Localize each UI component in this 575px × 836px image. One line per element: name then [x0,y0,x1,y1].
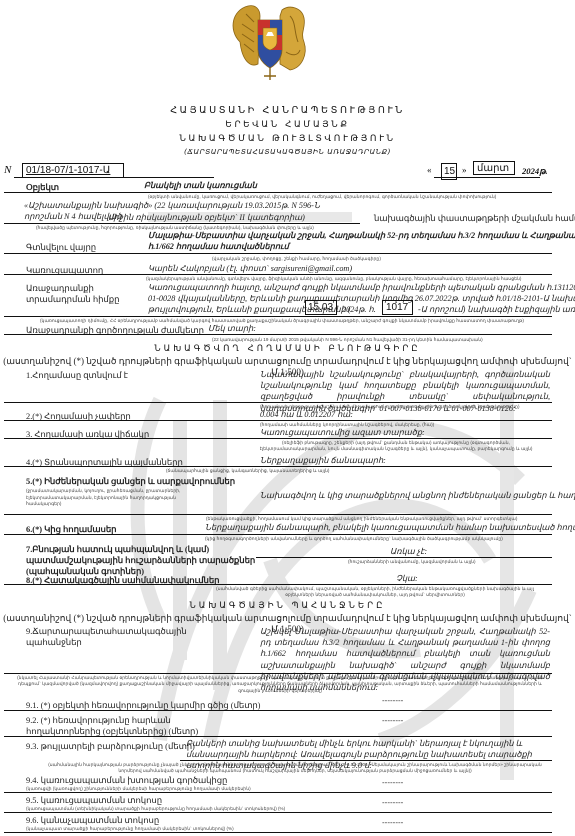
validity-value: Մեկ տարի: [208,323,256,334]
item6-label: 6.(*) Կից հողամասեր [26,524,116,534]
section-design-requirements-title: ՆԱԽԱԳԾԱՅԻՆ ՊԱՀԱՆՋՆԵՐԸ [0,601,575,611]
location-hint: (վարչական շրջանը, փողոցը, շենքի համարը, … [212,256,381,262]
item4-value: Ներքաղաքային ճանապարհ: [260,455,386,466]
item9-6-label: 9.6. կանաչապատման տոկոսը [26,815,159,825]
item7-hint: (հուշարձանների անվանումը, կազմավորման և … [348,559,476,565]
item7-value: Առկա չէ: [390,546,427,557]
item2-value: 0.004 հա և 0.012207 հա: [260,409,353,420]
item4-hint: (ճանապարհային ցանցից, կանգառներից, կայան… [166,468,329,474]
item9-2-value: -------- [382,716,403,725]
date-month-field[interactable]: մարտ [473,161,515,175]
item6-hint: (կից հողօգտագործողների անվանումները և գո… [205,536,503,542]
armenian-coat-of-arms-icon [220,2,320,82]
permit-document: ՀԱՅԱՍՏԱՆԻ ՀԱՆՐԱՊԵՏՈՒԹՅՈՒՆ ԵՐԵՎԱՆ ՀԱՄԱՅՆՔ… [0,0,575,836]
item9-4-value: -------- [382,778,403,787]
object-value: Բնակելի տան կառուցման [144,180,257,191]
item8-value: Չկա: [396,573,418,584]
basis-value-line3-mid: 2024թ. հ. [342,304,376,315]
date-close-quote: » [462,165,467,175]
location-label: Գտնվելու վայրը [26,242,96,252]
date-open-quote: « [427,165,432,175]
item9-hint: (նկատել Հայաստանի Հանրապետության օրենսդր… [10,675,550,694]
item5-label: 5.(*) Ինժեներական ցանցեր և սարքավորումնե… [26,476,235,486]
program-suffix: նախագծային փաստաթղթերի մշակման համար [374,213,575,223]
basis-value-line2: 01-0028 վկայականները, Երևանի քաղաքապետար… [148,293,558,304]
item9-3-hint: (սահմանային հարկայնության բարձրությունը … [40,762,550,775]
item9-label-line2: պահանջներ [26,637,82,648]
section-land-characteristics-title: ՆԱԽԱԳԾՎՈՂ ՀՈՂԱՄԱՍԻ ԲՆՈՒԹԱԳԻՐԸ [0,344,575,354]
basis-value-line3-end: -Ա որոշում) նախագծի էսքիզային առաջարկ: [418,304,575,315]
item3-value: Կառուցապատումից ազատ տարածք: [260,427,425,438]
document-type-heading: ՆԱԽԱԳԾՄԱՆ ԹՈՒՅԼՏՎՈՒԹՅՈՒՆ [0,134,575,144]
validity-hint: (22 կառավարության 19 մարտի 2015 թվականի … [212,337,483,343]
customer-value: Կարեն Հակոբյան (էլ. փոստ` sargisureni@gm… [148,263,352,274]
resolution-number-field[interactable]: 1017 [382,300,413,315]
basis-label-line2: տրամադրման հիմքը [26,294,119,305]
item9-1-label: 9.1. (*) օբյեկտի հեռավորությունը կարմիր … [26,700,260,710]
item9-1-value: -------- [382,696,403,705]
item9-4-label: 9.4. կառուցապատման խտության գործակիցը [26,775,227,785]
item9-label-line1: 9.Ճարտարապետահատակագծային [26,626,187,637]
item9-5-label: 9.5. կառուցապատման տոկոսը [26,795,162,805]
item5-sublabel: (ջրամատակարարման, կոյուղու, ջրահեռացման,… [26,488,206,508]
date-year: 2024թ. [522,166,548,177]
item8-hint: (սահմանված գծերից սահմանափակում, պաշտպան… [210,586,540,598]
country-heading: ՀԱՅԱՍՏԱՆԻ ՀԱՆՐԱՊԵՏՈՒԹՅՈՒՆ [0,105,575,116]
item7-label: 7.Բնության հատուկ պահպանվող և (կամ) պատմ… [26,544,256,577]
document-subtype-heading: (ՃԱՐՏԱՐԱՊԵՏԱՀԱՏԱԿԱԳԾԱՅԻՆ ԱՌԱՋԱԴՐԱՆՔ) [0,147,575,156]
item5-value: Նախագծվող և կից տարածքներով անցնող ինժեն… [260,490,560,501]
location-value-line2: հ.1/662 հողամաս հատվածներում [148,241,289,252]
number-prefix: N [4,164,11,176]
item9-2-label: 9.2. (*) հեռավորությունը հարևան հողակտոր… [26,715,226,737]
item9-5-value: -------- [382,798,403,807]
program-value-line2: միջին ռիսկայնության օբյեկտ` II կատեգորիա… [108,212,305,223]
municipality-heading: ԵՐԵՎԱՆ ՀԱՄԱՅՆՔ [0,120,575,130]
item6-value: Ներքաղաքային ճանապարհ, բնակելի կառուցապա… [205,522,555,533]
item9-3-label: 9.3. թույլատրելի բարձրությունը (մետր) [26,741,195,751]
resolution-date-field[interactable]: 15.03 [305,300,337,315]
basis-label-line1: Առաջադրանքի [26,283,94,294]
basis-value-line1: Կառուցապատողի հայտը, անշարժ գույքի նկատմ… [148,282,558,293]
document-number-field[interactable]: 01/18-07/1-1017-Ա [22,163,124,178]
item1-label: 1.Հողամասը զտնվում է [26,370,128,380]
date-day-field[interactable]: 15 [441,163,457,180]
object-label: Օբյեկտ [26,182,59,192]
location-value-line1: Մալաթիա-Սեբաստիա վարչական շրջան, Հաղթանա… [148,230,558,241]
basis-hint: (կառուցապատողի դիմումը, ՀՀ օրենսդրությամ… [40,318,524,324]
item9-6-value: -------- [382,818,403,827]
item3-hint: (ռելիեֆի բնութագրը, շենքերի (այդ թվում` … [256,440,536,452]
